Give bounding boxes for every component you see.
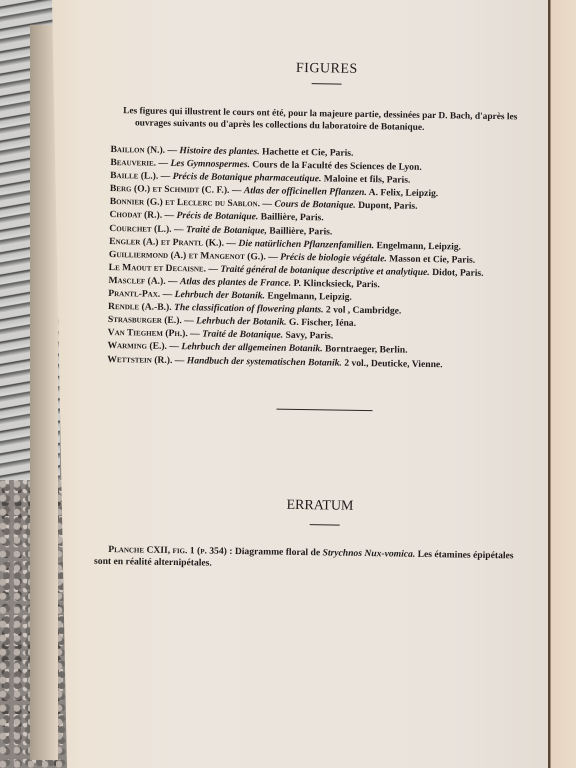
reference-publisher: 2 vol , Cambridge.	[323, 304, 401, 316]
separator: —	[167, 341, 182, 352]
reference-author: Courchet (L.).	[109, 223, 171, 235]
reference-publisher: Baillière, Paris.	[258, 212, 324, 224]
erratum-rule	[310, 524, 340, 525]
separator: —	[266, 251, 281, 262]
reference-title: Traité de Botanique,	[186, 224, 267, 236]
reference-title: The classification of flowering plants.	[174, 302, 324, 315]
photo-scene: FIGURES Les figures qui illustrent le co…	[0, 0, 576, 768]
reference-author: Warming (E.).	[107, 340, 167, 352]
reference-publisher: Hachette et Cie, Paris.	[260, 146, 354, 158]
reference-title: Atlas der officinellen Pflanzen.	[244, 185, 367, 198]
reference-author: Le Maout et Decaisne.	[109, 262, 206, 275]
reference-title: Cours de Botanique.	[274, 199, 355, 211]
section-divider	[277, 408, 373, 411]
book-page-edges	[30, 25, 58, 760]
reference-title: Atlas des plantes de France.	[180, 276, 291, 289]
reference-publisher: Baillière, Paris.	[267, 225, 333, 237]
separator: —	[206, 263, 221, 274]
separator: —	[160, 289, 175, 300]
reference-author: Berg (O.) et Schmidt (C. F.).	[110, 183, 230, 196]
reference-publisher: P. Klincksieck, Paris.	[291, 278, 380, 290]
erratum-heading: ERRATUM	[115, 495, 525, 517]
reference-publisher: Engelmann, Leipzig.	[265, 290, 352, 302]
reference-author: Rendle (A.-B.).	[108, 301, 172, 313]
reference-title: Lehrbuch der Botanik.	[175, 289, 266, 301]
reference-author: Bonnier (G.) et Leclerc du Sablon.	[110, 196, 260, 209]
reference-author: Strasburger (E.).	[108, 314, 182, 326]
erratum-text-before: Diagramme floral de	[232, 546, 322, 558]
reference-title: Histoire des plantes.	[179, 145, 259, 157]
figures-intro: Les figures qui illustrent le cours ont …	[123, 105, 531, 135]
reference-title: Die natürlichen Pflanzenfamilien.	[238, 238, 374, 251]
reference-publisher: Borntraeger, Berlin.	[323, 344, 408, 356]
separator: —	[156, 158, 171, 169]
reference-author: Engler (A.) et Prantl (K.).	[109, 236, 224, 249]
separator: —	[172, 354, 187, 365]
reference-publisher: Masson et Cie, Paris.	[387, 253, 476, 265]
reference-title: Précis de Botanique pharmaceutique.	[173, 171, 322, 184]
reference-author: Beauverie.	[110, 157, 156, 169]
separator: —	[158, 171, 173, 182]
reference-publisher: Dupont, Paris.	[356, 200, 418, 212]
reference-author: Chodat (R.).	[109, 209, 162, 221]
reference-publisher: G. Fischer, Iéna.	[286, 317, 356, 329]
separator: —	[166, 276, 181, 287]
separator: —	[165, 145, 180, 156]
separator: —	[229, 185, 244, 196]
reference-title: Lehrbuch der Botanik.	[196, 316, 287, 328]
reference-title: Les Gymnospermes.	[170, 158, 250, 170]
separator: —	[182, 315, 197, 326]
facing-page-edge	[548, 0, 576, 768]
separator: —	[188, 329, 203, 340]
reference-publisher: Engelmann, Leipzig.	[374, 240, 461, 252]
reference-list: Baillon (N.). — Histoire des plantes. Ha…	[107, 143, 530, 372]
reference-title: Handbuch der systematischen Botanik.	[187, 355, 342, 368]
reference-author: Wettstein (R.).	[107, 353, 172, 365]
reference-author: Guilliermond (A.) et Mangenot (G.).	[109, 249, 266, 262]
erratum-species: Strychnos Nux-vomica.	[322, 547, 415, 559]
reference-publisher: Didot, Paris.	[430, 267, 484, 279]
reference-publisher: A. Felix, Leipzig.	[367, 187, 439, 199]
reference-author: Prantl-Pax.	[108, 288, 160, 300]
reference-publisher: Maloine et fils, Paris.	[321, 173, 410, 185]
reference-title: Traité de Botanique.	[202, 329, 283, 341]
reference-author: Masclef (A.).	[108, 275, 165, 287]
reference-title: Précis de biologie végétale.	[280, 251, 387, 264]
separator: —	[260, 199, 275, 210]
page-content: FIGURES Les figures qui illustrent le co…	[104, 58, 532, 574]
reference-author: Baillon (N.).	[110, 144, 165, 156]
reference-title: Précis de Botanique.	[176, 211, 258, 223]
reference-author: Van Tieghem (Ph.).	[108, 327, 188, 339]
reference-publisher: 2 vol., Deuticke, Vienne.	[342, 357, 443, 370]
reference-author: Baille (L.).	[110, 170, 158, 182]
separator: —	[162, 210, 177, 221]
separator: —	[172, 224, 187, 235]
erratum-label: Planche CXII, fig. 1 (p. 354) :	[108, 544, 232, 557]
heading-rule	[312, 83, 342, 84]
reference-title: Lehrbuch der allgemeinen Botanik.	[181, 342, 322, 355]
reference-publisher: Savy, Paris.	[283, 330, 333, 342]
separator: —	[224, 237, 239, 248]
